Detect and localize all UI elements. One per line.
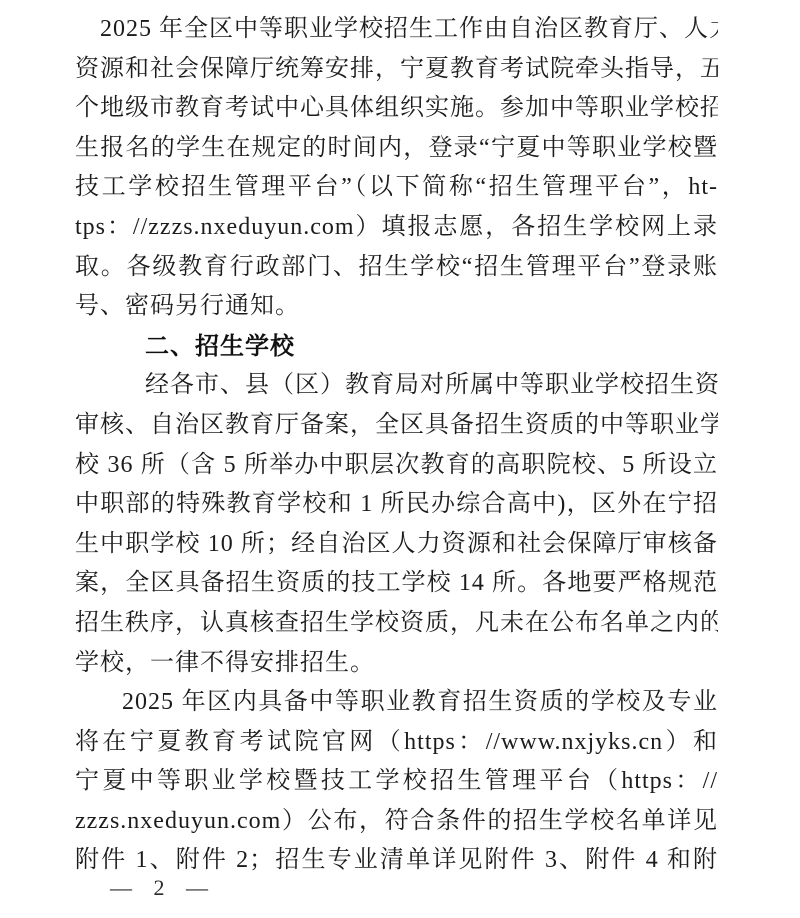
text-line: 将在宁夏教育考试院官网（https：//www.nxjyks.cn）和 <box>75 723 718 763</box>
text-line: 技工学校招生管理平台”（以下简称“招生管理平台”，ht- <box>75 168 718 208</box>
text-line: 审核、自治区教育厅备案，全区具备招生资质的中等职业学 <box>75 406 718 446</box>
text-line: 生中职学校 10 所；经自治区人力资源和社会保障厅审核备 <box>75 525 718 565</box>
text-line: 经各市、县（区）教育局对所属中等职业学校招生资质 <box>75 366 718 406</box>
text-line: 取。各级教育行政部门、招生学校“招生管理平台”登录账 <box>75 248 718 288</box>
document-page: 2025 年全区中等职业学校招生工作由自治区教育厅、人力资源和社会保障厅统筹安排… <box>0 0 800 918</box>
document-body: 2025 年全区中等职业学校招生工作由自治区教育厅、人力资源和社会保障厅统筹安排… <box>75 10 718 881</box>
page-number: — 2 — <box>110 876 214 900</box>
text-line: 宁夏中等职业学校暨技工学校招生管理平台（https：// <box>75 762 718 802</box>
text-line: tps：//zzzs.nxeduyun.com）填报志愿，各招生学校网上录 <box>75 208 718 248</box>
text-line: 号、密码另行通知。 <box>75 287 718 327</box>
section-heading: 二、招生学校 <box>75 327 718 367</box>
text-line: 生报名的学生在规定的时间内，登录“宁夏中等职业学校暨 <box>75 129 718 169</box>
text-line: 资源和社会保障厅统筹安排，宁夏教育考试院牵头指导，五 <box>75 50 718 90</box>
text-line: 学校，一律不得安排招生。 <box>75 644 718 684</box>
text-line: 2025 年全区中等职业学校招生工作由自治区教育厅、人力 <box>75 10 718 50</box>
text-line: 招生秩序，认真核查招生学校资质，凡未在公布名单之内的 <box>75 604 718 644</box>
text-line: 中职部的特殊教育学校和 1 所民办综合高中)，区外在宁招 <box>75 485 718 525</box>
text-line: 案，全区具备招生资质的技工学校 14 所。各地要严格规范 <box>75 564 718 604</box>
text-line: 个地级市教育考试中心具体组织实施。参加中等职业学校招 <box>75 89 718 129</box>
text-line: zzzs.nxeduyun.com）公布，符合条件的招生学校名单详见 <box>75 802 718 842</box>
text-line: 校 36 所（含 5 所举办中职层次教育的高职院校、5 所设立 <box>75 446 718 486</box>
text-line: 2025 年区内具备中等职业教育招生资质的学校及专业 <box>75 683 718 723</box>
